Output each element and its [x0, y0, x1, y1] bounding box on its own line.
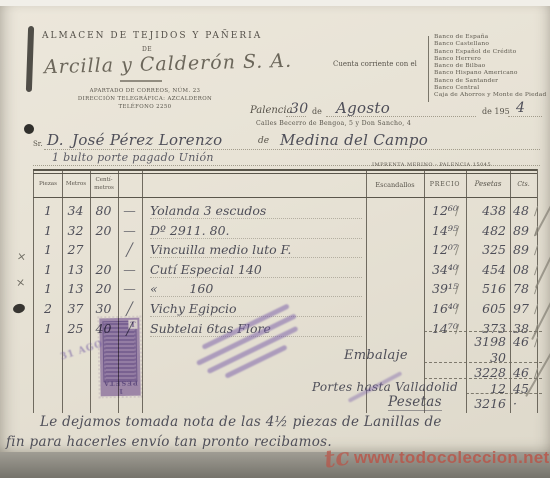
check-slash: ∕ [534, 242, 538, 257]
fiscal-stamp: T 1 PESETA [99, 318, 140, 397]
address-line-1: APARTADO DE CORREOS, NÚM. 23 [75, 88, 215, 94]
totals-rule [466, 393, 542, 394]
cell-centimetros: 20 [91, 223, 116, 238]
handwritten-don: D. [47, 131, 64, 149]
fiscal-stamp-letter: T [128, 320, 137, 329]
cell-cts: 89 [513, 223, 535, 238]
cell-check-mark: ╱ [118, 242, 141, 257]
cell-check-mark: — [118, 203, 141, 218]
col-header-metros: Metros [62, 181, 90, 187]
final-pesetas-label: Pesetas [388, 394, 442, 411]
subtotal-pesetas: 3198 [462, 334, 506, 349]
margin-x-mark: × [15, 276, 26, 290]
cell-metros: 13 [63, 262, 88, 277]
note-line-1: Le dejamos tomada nota de las 4½ piezas … [40, 414, 442, 430]
watermark-url: www.todocoleccion.net [354, 448, 550, 468]
cell-check-mark: ╱ [118, 301, 141, 316]
col-header-precio: PRECIO [424, 181, 466, 188]
de-word-customer: de [258, 136, 269, 146]
cell-pesetas: 438 [462, 203, 506, 218]
cell-check-mark: — [118, 281, 141, 296]
cell-description: Cutí Especial 140 [150, 262, 362, 278]
col-header-piezas: Piezas [34, 181, 62, 187]
handwritten-day: 30 [290, 101, 308, 117]
cell-metros: 37 [63, 301, 88, 316]
cell-centimetros: 20 [91, 281, 116, 296]
bank-item: Banco Español de Crédito [434, 49, 546, 56]
customer-name: José Pérez Lorenzo [72, 131, 222, 149]
totals-rule [424, 378, 542, 379]
de-label: DE [142, 46, 152, 53]
bank-account-label: Cuenta corriente con el [333, 60, 417, 68]
customer-city: Medina del Campo [280, 131, 428, 149]
fiscal-stamp-value: 1 PESETA [100, 379, 140, 396]
date-rule [326, 116, 476, 117]
bank-item: Banco Castellano [434, 41, 546, 48]
hole-punch [24, 124, 34, 134]
cell-description: « 160 [150, 281, 362, 297]
bank-item: Banco Hispano Americano [434, 70, 546, 77]
bank-list: Banco de España Banco Castellano Banco E… [434, 34, 546, 100]
final-total: 3216 [462, 396, 506, 411]
cell-description: Dº 2911. 80. [150, 223, 362, 239]
cell-cts: 48 [513, 203, 535, 218]
check-slash: ∕ [455, 203, 459, 218]
cell-piezas: 2 [36, 301, 60, 316]
bank-list-divider [428, 36, 429, 102]
check-slash: ∕ [534, 262, 538, 277]
note-line-2: fin para hacerles envío tan pronto recib… [6, 434, 332, 450]
de-word-1: de [312, 107, 322, 116]
bank-item: Banco Herrero [434, 56, 546, 63]
check-slash: ∕ [455, 262, 459, 277]
cell-piezas: 1 [36, 281, 60, 296]
handwritten-year-digit: 4 [516, 100, 525, 116]
table-row: 13220—Dº 2911. 80.14⁹⁵∕48289∕ [0, 223, 550, 242]
cell-description: Vichy Egipcio [150, 301, 362, 317]
col-header-centimetros-2: metros [90, 185, 118, 191]
col-header-cts: Cts. [510, 181, 537, 188]
cell-centimetros: 30 [91, 301, 116, 316]
cell-piezas: 1 [36, 262, 60, 277]
col-header-pesetas: Pesetas [466, 180, 510, 188]
cell-metros: 34 [63, 203, 88, 218]
street-address: Calles Becerro de Bengoa, 5 y Don Sancho… [256, 120, 411, 127]
table-row: 11320—Cutí Especial 14034⁴⁰∕45408∕ [0, 262, 550, 281]
cell-pesetas: 325 [462, 242, 506, 257]
check-slash: ∕ [534, 203, 538, 218]
margin-x-mark: × [16, 249, 27, 263]
cell-piezas: 1 [36, 321, 60, 336]
bank-item: Banco de Bilbao [434, 63, 546, 70]
printer-imprint: IMPRENTA MERINO - PALENCIA 15045 [372, 162, 491, 168]
todocoleccion-logo-icon: tc [322, 441, 351, 473]
check-slash: ∕ [455, 321, 459, 336]
handwritten-month: Agosto [336, 99, 390, 117]
script-underline [120, 80, 162, 82]
check-slash: ∕ [455, 242, 459, 257]
cell-description: Vincuilla medio luto F. [150, 242, 362, 258]
date-rule [286, 116, 306, 117]
cell-cts: 97 [513, 301, 535, 316]
cell-cts: 89 [513, 242, 535, 257]
cell-centimetros: 20 [91, 262, 116, 277]
totals-rule [424, 362, 542, 363]
bank-item: Banco de España [434, 34, 546, 41]
header-bottom-border [33, 197, 537, 198]
check-slash: ∕ [534, 301, 538, 316]
cell-piezas: 1 [36, 203, 60, 218]
totals-rule [424, 331, 542, 332]
shipping-note: 1 bulto porte pagado Unión [52, 151, 214, 164]
date-rule [508, 116, 542, 117]
cell-metros: 27 [63, 242, 88, 257]
embalaje-label: Embalaje [344, 348, 408, 363]
address-line-2: DIRECCIÓN TELEGRÁFICA: AZCALDERON [65, 96, 225, 102]
table-top-border-2 [33, 173, 537, 174]
table-top-border [33, 169, 537, 171]
de-word-2: de 195 [482, 107, 510, 116]
check-slash: ∕ [455, 301, 459, 316]
city-label: Palencia [250, 105, 293, 116]
cell-pesetas: 605 [462, 301, 506, 316]
final-total-cts: · [513, 396, 535, 411]
cell-cts: 08 [513, 262, 535, 277]
table-row: 11320—« 16039¹⁵∕51678∕ [0, 281, 550, 300]
cell-pesetas: 482 [462, 223, 506, 238]
cell-check-mark: — [118, 262, 141, 277]
table-row: 13480—Yolanda 3 escudos12⁶⁰∕43848∕ [0, 203, 550, 222]
cell-metros: 32 [63, 223, 88, 238]
cell-centimetros: 80 [91, 203, 116, 218]
bank-item: Banco Central [434, 85, 546, 92]
cell-piezas: 1 [36, 242, 60, 257]
bank-item: Caja de Ahorros y Monte de Piedad [434, 92, 546, 99]
cell-metros: 13 [63, 281, 88, 296]
bank-item: Banco de Santander [434, 78, 546, 85]
table-row: 127╱Vincuilla medio luto F.12⁰⁷∕32589∕ [0, 242, 550, 261]
fiscal-stamp-engraving [102, 321, 137, 383]
company-type-title: ALMACEN DE TEJIDOS Y PAÑERIA [42, 31, 262, 41]
customer-rule [44, 149, 540, 150]
cell-metros: 25 [63, 321, 88, 336]
col-header-escandallos: Escandallos [366, 181, 424, 189]
cell-pesetas: 454 [462, 262, 506, 277]
sr-label: Sr. [33, 140, 43, 148]
check-slash: ∕ [455, 223, 459, 238]
cell-check-mark: — [118, 223, 141, 238]
cell-pesetas: 516 [462, 281, 506, 296]
cell-piezas: 1 [36, 223, 60, 238]
address-line-3: TELÉFONO 2250 [95, 104, 195, 110]
cell-cts: 78 [513, 281, 535, 296]
cell-description: Yolanda 3 escudos [150, 203, 362, 219]
col-header-centimetros-1: Centí- [90, 177, 118, 183]
check-slash: ∕ [455, 281, 459, 296]
scanned-invoice-photo: ALMACEN DE TEJIDOS Y PAÑERIA DE Arcilla … [0, 0, 550, 478]
